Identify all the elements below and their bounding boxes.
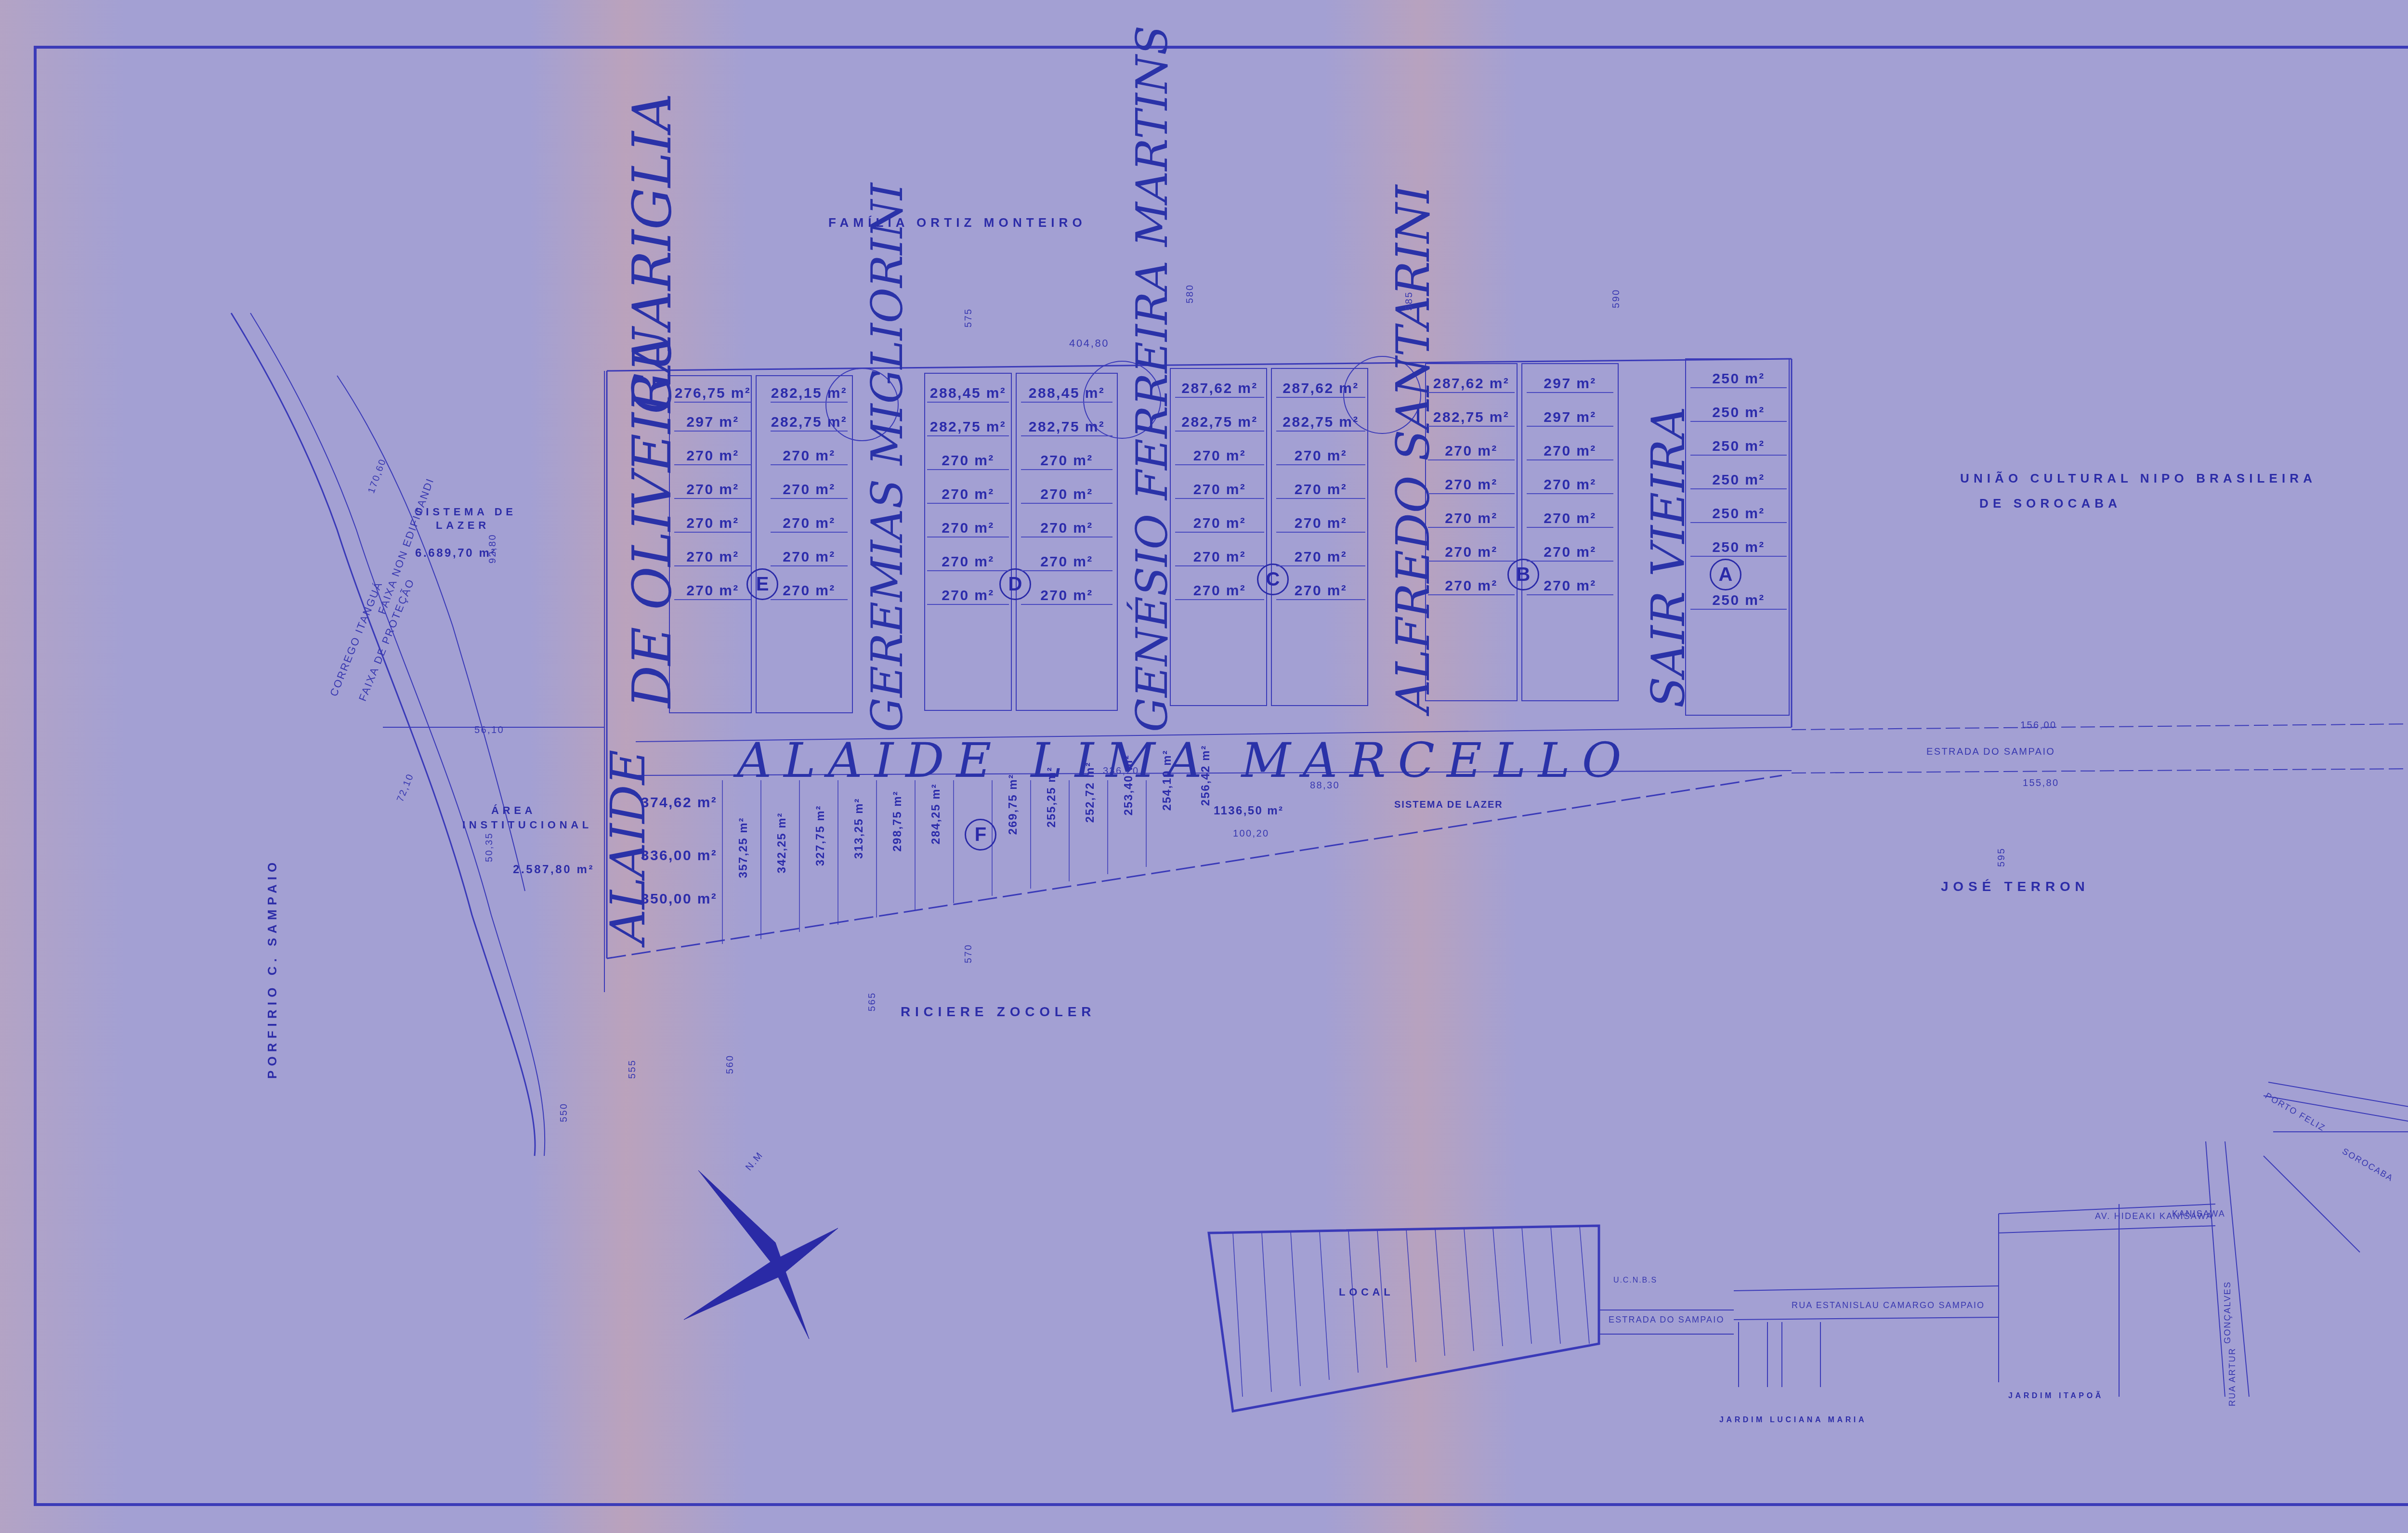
lot-e-3: 270 m² <box>674 448 751 465</box>
lot-a-2: 250 m² <box>1690 405 1787 422</box>
block-f-marker: F <box>965 819 996 851</box>
lot-e-14: 270 m² <box>771 515 848 533</box>
lot-c-5: 270 m² <box>1175 515 1264 533</box>
lot-c-3: 270 m² <box>1175 448 1264 465</box>
lot-a-3: 250 m² <box>1690 438 1787 456</box>
neighbor-south: RICIERE ZOCOLER <box>901 1004 1096 1020</box>
lot-c-6: 270 m² <box>1175 549 1264 566</box>
lazer2-label: SISTEMA DE LAZER <box>1394 799 1503 811</box>
location-estrada-label: ESTRADA DO SAMPAIO <box>1609 1315 1725 1325</box>
lot-a-6: 250 m² <box>1690 539 1787 557</box>
lot-b-2: 282,75 m² <box>1428 409 1515 427</box>
location-rua-label: RUA ESTANISLAU CAMARGO SAMPAIO <box>1792 1300 1985 1310</box>
lot-c-16: 270 m² <box>1276 583 1365 600</box>
lot-b-4: 270 m² <box>1428 477 1515 494</box>
lot-b-11: 297 m² <box>1527 409 1613 427</box>
jardim-itapoa-label: JARDIM ITAPOÃ <box>2008 1392 2104 1401</box>
estrada-length-2: 155,80 <box>2023 778 2059 789</box>
kanisawa-label: KANISAWA <box>2172 1209 2225 1219</box>
lazer2-value: 1136,50 m² <box>1214 804 1283 818</box>
lot-b-6: 270 m² <box>1428 544 1515 562</box>
south-length: 100,20 <box>1233 828 1269 839</box>
neighbor-east: UNIÃO CULTURAL NIPO BRASILEIRA <box>1960 471 2316 486</box>
lot-e-12: 270 m² <box>771 448 848 465</box>
lot-b-5: 270 m² <box>1428 511 1515 528</box>
lot-f-8: 298,75 m² <box>891 773 904 869</box>
neighbor-south-east: JOSÉ TERRON <box>1941 879 2090 894</box>
dimension-b: 50,35 <box>484 832 495 862</box>
contour-595: 595 <box>1996 847 2007 867</box>
neighbor-east-2: DE SOROCABA <box>1979 496 2121 511</box>
ucnbs-label: U.C.N.B.S <box>1613 1276 1657 1285</box>
lot-a-4: 250 m² <box>1690 472 1787 489</box>
dimension-a: 92,80 <box>487 534 498 563</box>
lot-c-1: 287,62 m² <box>1175 380 1264 398</box>
lot-b-3: 270 m² <box>1428 443 1515 460</box>
lot-e-15: 270 m² <box>771 549 848 566</box>
lot-c-2: 282,75 m² <box>1175 414 1264 432</box>
lot-f-3: 350,00 m² <box>636 891 722 907</box>
lot-e-4: 270 m² <box>674 482 751 499</box>
lazer-label-2: LAZER <box>436 519 490 532</box>
street-genesio-ferreira-martins: GENÉSIO FERREIRA MARTINS <box>1127 26 1178 732</box>
north-length: 404,80 <box>1069 337 1109 350</box>
lot-f-15: 256,42 m² <box>1199 727 1213 824</box>
lot-e-11: 282,75 m² <box>771 414 848 432</box>
lot-d-16: 270 m² <box>1021 588 1112 605</box>
lot-e-6: 270 m² <box>674 549 751 566</box>
lot-f-4: 357,25 m² <box>737 799 750 896</box>
contour-590: 590 <box>1611 288 1622 308</box>
lot-e-16: 270 m² <box>771 583 848 600</box>
lot-b-1: 287,62 m² <box>1428 376 1515 393</box>
lot-b-14: 270 m² <box>1527 511 1613 528</box>
lot-b-15: 270 m² <box>1527 544 1613 562</box>
contour-555: 555 <box>627 1059 638 1079</box>
lot-f-6: 327,75 m² <box>814 787 827 884</box>
street-alaide-lima-marcello: ALAIDE LIMA MARCELLO <box>737 732 1634 788</box>
local-label: LOCAL <box>1339 1286 1394 1298</box>
lot-f-2: 336,00 m² <box>636 848 722 864</box>
contour-565: 565 <box>867 992 878 1011</box>
lot-c-7: 270 m² <box>1175 583 1264 600</box>
lot-c-13: 270 m² <box>1276 482 1365 499</box>
lot-d-7: 270 m² <box>927 588 1009 605</box>
lot-f-10: 269,75 m² <box>1007 756 1020 852</box>
contour-560: 560 <box>725 1054 736 1074</box>
lot-b-10: 297 m² <box>1527 376 1613 393</box>
lot-d-12: 270 m² <box>1021 453 1112 470</box>
institucional-side-length: 56,10 <box>474 725 504 736</box>
lazer-label-1: SISTEMA DE <box>415 506 517 518</box>
artur-label: RUA ARTUR <box>2227 1348 2238 1406</box>
contour-575: 575 <box>963 308 974 328</box>
lot-e-10: 282,15 m² <box>771 385 848 403</box>
lot-f-7: 313,25 m² <box>852 780 866 877</box>
street-de-oliveira: DE OLIVEIRA <box>621 334 683 708</box>
lot-f-11: 255,25 m² <box>1045 749 1059 845</box>
lazer-area-value: 6.689,70 m² <box>415 547 497 560</box>
lot-d-5: 270 m² <box>927 520 1009 537</box>
contour-580: 580 <box>1185 284 1196 303</box>
lot-d-13: 270 m² <box>1021 486 1112 504</box>
lot-c-12: 270 m² <box>1276 448 1365 465</box>
lot-d-1: 288,45 m² <box>927 385 1009 403</box>
lot-e-5: 270 m² <box>674 515 751 533</box>
lot-e-7: 270 m² <box>674 583 751 600</box>
lot-a-5: 250 m² <box>1690 506 1787 523</box>
lot-c-14: 270 m² <box>1276 515 1365 533</box>
contour-570: 570 <box>963 943 974 963</box>
lot-b-13: 270 m² <box>1527 477 1613 494</box>
lot-d-2: 282,75 m² <box>927 419 1009 436</box>
street-sair-vieira: SAIR VIEIRA <box>1642 406 1695 708</box>
lot-f-1: 374,62 m² <box>636 795 722 811</box>
lot-f-12: 252,72 m² <box>1084 744 1097 840</box>
goncalves-label: GONÇALVES <box>2223 1281 2233 1344</box>
lot-d-11: 282,75 m² <box>1021 419 1112 436</box>
lot-b-16: 270 m² <box>1527 578 1613 595</box>
lot-e-1: 276,75 m² <box>674 385 751 403</box>
lot-d-15: 270 m² <box>1021 554 1112 571</box>
lot-c-4: 270 m² <box>1175 482 1264 499</box>
lot-a-1: 250 m² <box>1690 371 1787 388</box>
blueprint-sheet: FAMÍLIA ORTIZ MONTEIRO UNIÃO CULTURAL NI… <box>0 0 2408 1533</box>
lot-f-9: 284,25 m² <box>929 766 943 862</box>
lot-b-7: 270 m² <box>1428 578 1515 595</box>
lot-f-5: 342,25 m² <box>775 795 789 891</box>
institucional-label-2: INSTITUCIONAL <box>462 819 592 831</box>
lot-f-14: 254,10 m² <box>1161 732 1174 828</box>
lot-f-13: 253,40 m² <box>1122 737 1136 833</box>
contour-585: 585 <box>1404 291 1415 311</box>
institucional-area-value: 2.587,80 m² <box>513 863 594 877</box>
lot-b-12: 270 m² <box>1527 443 1613 460</box>
lot-e-2: 297 m² <box>674 414 751 432</box>
lot-a-7: 250 m² <box>1690 592 1787 610</box>
lot-c-15: 270 m² <box>1276 549 1365 566</box>
lot-d-14: 270 m² <box>1021 520 1112 537</box>
estrada-label: ESTRADA DO SAMPAIO <box>1926 747 2055 758</box>
neighbor-west: PORFIRIO C. SAMPAIO <box>265 858 280 1079</box>
lot-d-6: 270 m² <box>927 554 1009 571</box>
lot-c-10: 287,62 m² <box>1276 380 1365 398</box>
lot-c-11: 282,75 m² <box>1276 414 1365 432</box>
lot-d-4: 270 m² <box>927 486 1009 504</box>
street-alaide: ALAIDE <box>600 749 656 944</box>
lot-e-13: 270 m² <box>771 482 848 499</box>
lot-d-10: 288,45 m² <box>1021 385 1112 403</box>
contour-550: 550 <box>559 1102 570 1122</box>
jardim-luciana-label: JARDIM LUCIANA MARIA <box>1719 1416 1867 1425</box>
street-geremias-migliorini: GEREMIAS MIGLIORINI <box>862 183 913 732</box>
lot-d-3: 270 m² <box>927 453 1009 470</box>
institucional-label-1: ÁREA <box>491 804 536 817</box>
block-a-marker: A <box>1710 559 1741 590</box>
north-arrow-icon <box>684 1170 838 1339</box>
estrada-length-1: 156,00 <box>2020 720 2057 731</box>
